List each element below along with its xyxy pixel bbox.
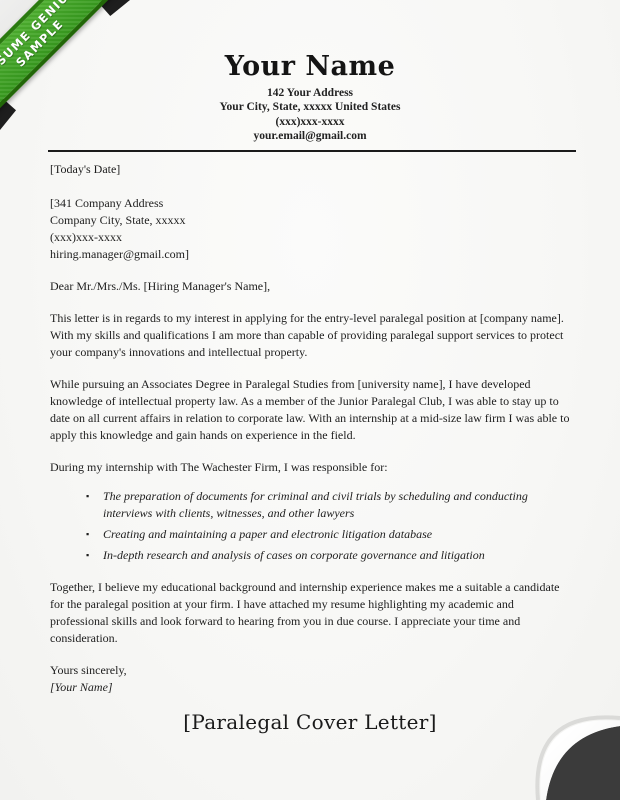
- sender-address-line: 142 Your Address: [0, 86, 620, 101]
- signature: [Your Name]: [50, 679, 574, 696]
- recipient-email: hiring.manager@gmail.com]: [50, 246, 574, 263]
- list-item: The preparation of documents for crimina…: [86, 488, 574, 522]
- valediction: Yours sincerely,: [50, 662, 574, 679]
- sender-name: Your Name: [0, 52, 620, 82]
- sender-email: your.email@gmail.com: [0, 129, 620, 144]
- closing-paragraph: Together, I believe my educational backg…: [50, 579, 574, 647]
- paragraph-experience: While pursuing an Associates Degree in P…: [50, 376, 574, 444]
- responsibilities-list: The preparation of documents for crimina…: [86, 488, 574, 564]
- letter-page: RESUME GENIUS SAMPLE Your Name 142 Your …: [0, 0, 620, 800]
- sender-address-block: 142 Your Address Your City, State, xxxxx…: [0, 86, 620, 144]
- recipient-block: [341 Company Address Company City, State…: [50, 195, 574, 263]
- list-item: Creating and maintaining a paper and ele…: [86, 526, 574, 543]
- letterhead: Your Name 142 Your Address Your City, St…: [0, 0, 620, 144]
- recipient-phone: (xxx)xxx-xxxx: [50, 229, 574, 246]
- list-item: In-depth research and analysis of cases …: [86, 547, 574, 564]
- sender-phone: (xxx)xxx-xxxx: [0, 115, 620, 130]
- page-curl: [505, 685, 620, 800]
- salutation: Dear Mr./Mrs./Ms. [Hiring Manager's Name…: [50, 278, 574, 295]
- letter-body: [Today's Date] [341 Company Address Comp…: [0, 161, 620, 696]
- date-line: [Today's Date]: [50, 161, 574, 178]
- letterhead-divider: [48, 150, 576, 152]
- sender-address-line: Your City, State, xxxxx United States: [0, 100, 620, 115]
- recipient-address-line: Company City, State, xxxxx: [50, 212, 574, 229]
- paragraph-intro: This letter is in regards to my interest…: [50, 310, 574, 361]
- paragraph-internship-lead: During my internship with The Wachester …: [50, 459, 574, 476]
- recipient-address-line: [341 Company Address: [50, 195, 574, 212]
